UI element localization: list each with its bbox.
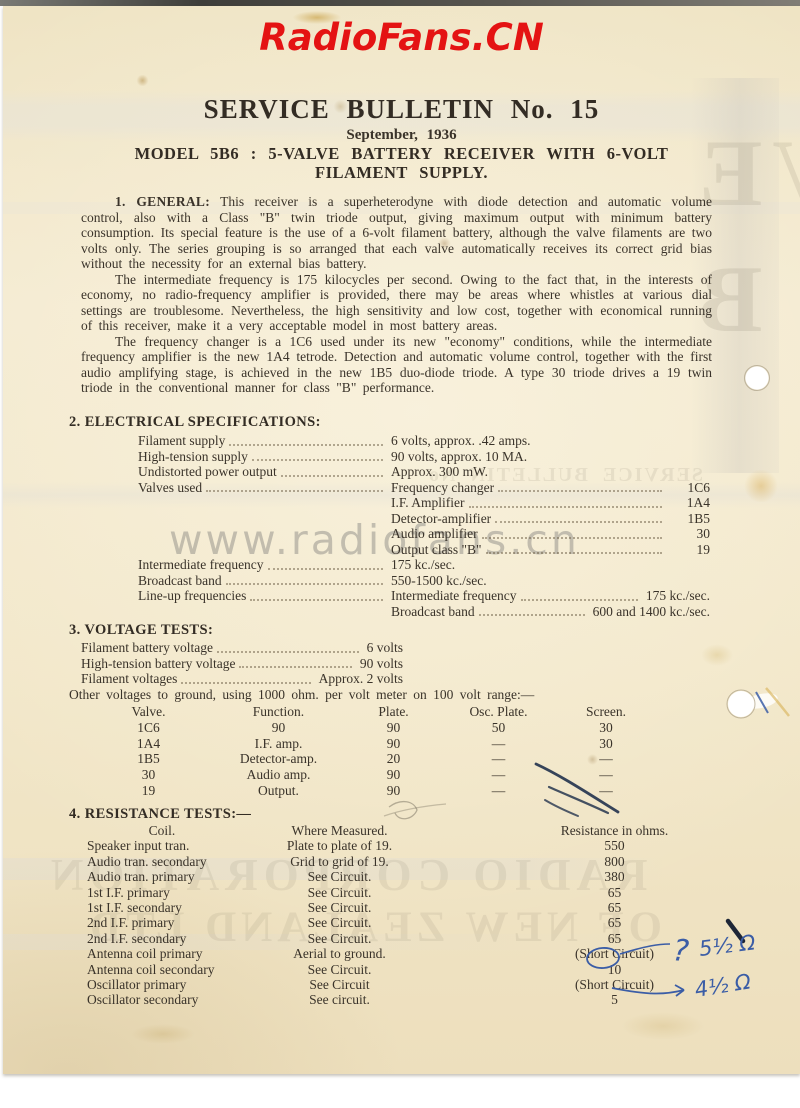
spec-label-text: Intermediate frequency: [138, 557, 264, 573]
scanned-page: VE B SERVICE BULLETIN No RADIO CORPORATI…: [0, 0, 800, 1108]
resistance-cell: Plate to plate of 19.: [237, 838, 442, 853]
voltage-cell: 50: [446, 720, 551, 736]
voltage-line: Filament voltagesApprox. 2 volts: [81, 671, 403, 687]
resistance-cell: 550: [442, 838, 787, 853]
voltage-lines: Filament battery voltage6 voltsHigh-tens…: [81, 640, 403, 687]
valve-code: 30: [670, 526, 710, 542]
resistance-cell: 65: [442, 915, 787, 930]
voltage-cell-header: Function.: [216, 704, 341, 720]
spec-value-text: 175 kc./sec.: [391, 557, 455, 573]
resistance-cell-header: Coil.: [87, 823, 237, 838]
spec-row: Output class "B"19: [138, 542, 710, 558]
voltage-cell: 90: [341, 736, 446, 752]
spec-label: Broadcast band: [138, 573, 391, 589]
resistance-cell: 800: [442, 854, 787, 869]
spec-row: Line-up frequenciesIntermediate frequenc…: [138, 588, 710, 604]
voltage-cell: Detector-amp.: [216, 751, 341, 767]
spec-row: Undistorted power outputApprox. 300 mW.: [138, 464, 710, 480]
spec-label: [138, 526, 391, 542]
dotted-leader: [217, 640, 359, 653]
voltage-line-value: Approx. 2 volts: [319, 671, 403, 687]
voltage-cell: 90: [341, 767, 446, 783]
resistance-cell: 5: [442, 992, 787, 1007]
paper-stain: [136, 75, 149, 86]
lineup-name: Broadcast band: [391, 604, 475, 620]
spec-value: Audio amplifier30: [391, 526, 710, 542]
voltage-cell: —: [446, 767, 551, 783]
resistance-cell: See circuit.: [237, 992, 442, 1007]
spec-value-text: 550-1500 kc./sec.: [391, 573, 487, 589]
dotted-leader: [482, 526, 662, 539]
spec-row: Filament supply6 volts, approx. .42 amps…: [138, 433, 710, 449]
spec-label-text: High-tension supply: [138, 449, 248, 465]
voltage-cell: Output.: [216, 783, 341, 799]
voltage-cell: I.F. amp.: [216, 736, 341, 752]
voltage-line-label: Filament battery voltage: [81, 640, 367, 656]
spec-value: 175 kc./sec.: [391, 557, 710, 573]
spec-value: 550-1500 kc./sec.: [391, 573, 710, 589]
voltage-line-label: High-tension battery voltage: [81, 656, 360, 672]
spec-value: Broadcast band600 and 1400 kc./sec.: [391, 604, 710, 620]
spec-label: Filament supply: [138, 433, 391, 449]
dotted-leader: [486, 542, 662, 555]
dotted-leader: [252, 449, 383, 462]
resistance-cell: See Circuit.: [237, 962, 442, 977]
resistance-cell: Antenna coil secondary: [87, 962, 237, 977]
spec-row: High-tension supply90 volts, approx. 10 …: [138, 449, 710, 465]
voltage-line-text: Filament battery voltage: [81, 640, 213, 656]
dotted-leader: [268, 557, 383, 570]
paper-stain: [701, 644, 733, 666]
dotted-leader: [498, 480, 662, 493]
resistance-cell-header: Resistance in ohms.: [442, 823, 787, 838]
voltage-cell: 20: [341, 751, 446, 767]
spec-label: Valves used: [138, 480, 391, 496]
resistance-cell: 2nd I.F. primary: [87, 915, 237, 930]
electrical-heading: 2. ELECTRICAL SPECIFICATIONS:: [69, 414, 321, 431]
voltage-cell: 1A4: [81, 736, 216, 752]
spec-value: 6 volts, approx. .42 amps.: [391, 433, 710, 449]
resistance-cell: (Short Circuit): [442, 946, 787, 961]
model-line-1: MODEL 5B6 : 5-VALVE BATTERY RECEIVER WIT…: [3, 144, 800, 164]
spec-row: Intermediate frequency175 kc./sec.: [138, 557, 710, 573]
model-line-2: FILAMENT SUPPLY.: [3, 163, 800, 183]
dotted-leader: [250, 588, 383, 601]
voltage-cell: 90: [216, 720, 341, 736]
voltage-table: Valve.Function.Plate.Osc. Plate.Screen.1…: [81, 704, 661, 799]
spec-label: Intermediate frequency: [138, 557, 391, 573]
spec-row: Broadcast band600 and 1400 kc./sec.: [138, 604, 710, 620]
spec-label-text: Undistorted power output: [138, 464, 277, 480]
voltage-line-text: High-tension battery voltage: [81, 656, 235, 672]
paper-stain: [621, 1012, 705, 1040]
voltage-cell: —: [551, 767, 661, 783]
voltage-line-value: 6 volts: [367, 640, 403, 656]
voltage-cell-header: Valve.: [81, 704, 216, 720]
lineup-value: 175 kc./sec.: [646, 588, 710, 604]
voltage-line-text: Filament voltages: [81, 671, 177, 687]
general-paragraph-2: The intermediate frequency is 175 kilocy…: [81, 272, 712, 334]
resistance-cell: 1st I.F. secondary: [87, 900, 237, 915]
resistance-cell: See Circuit: [237, 977, 442, 992]
spec-row: Detector-amplifier1B5: [138, 511, 710, 527]
spec-value: Intermediate frequency175 kc./sec.: [391, 588, 710, 604]
voltage-heading: 3. VOLTAGE TESTS:: [69, 622, 213, 639]
voltage-line: High-tension battery voltage90 volts: [81, 656, 403, 672]
voltage-cell: 30: [551, 736, 661, 752]
voltage-cell: 30: [81, 767, 216, 783]
resistance-table: Coil.Where Measured.Resistance in ohms.S…: [87, 823, 787, 1008]
spec-value-text: 90 volts, approx. 10 MA.: [391, 449, 527, 465]
spec-label: [138, 542, 391, 558]
general-section: 1. GENERAL: This receiver is a superhete…: [81, 194, 712, 416]
spec-label-text: Filament supply: [138, 433, 225, 449]
valve-name: Frequency changer: [391, 480, 494, 496]
resistance-cell: See Circuit.: [237, 885, 442, 900]
resistance-cell: See Circuit.: [237, 915, 442, 930]
resistance-cell: Audio tran. primary: [87, 869, 237, 884]
spec-value: Frequency changer1C6: [391, 480, 710, 496]
resistance-cell: 1st I.F. primary: [87, 885, 237, 900]
voltage-cell: —: [551, 751, 661, 767]
spec-label: [138, 604, 391, 620]
spec-row: Valves usedFrequency changer1C6: [138, 480, 710, 496]
valve-name: I.F. Amplifier: [391, 495, 465, 511]
spec-row: I.F. Amplifier1A4: [138, 495, 710, 511]
dotted-leader: [181, 671, 310, 684]
voltage-line-label: Filament voltages: [81, 671, 319, 687]
voltage-cell: —: [446, 751, 551, 767]
dotted-leader: [479, 604, 585, 617]
resistance-cell: 65: [442, 931, 787, 946]
resistance-cell: Aerial to ground.: [237, 946, 442, 961]
site-logo: RadioFans.CN: [3, 16, 800, 59]
dotted-leader: [239, 656, 351, 669]
spec-value: Output class "B"19: [391, 542, 710, 558]
paper: VE B SERVICE BULLETIN No RADIO CORPORATI…: [3, 6, 800, 1074]
resistance-heading: 4. RESISTANCE TESTS:—: [69, 806, 251, 823]
resistance-cell: 380: [442, 869, 787, 884]
voltage-cell-header: Plate.: [341, 704, 446, 720]
paper-stain: [131, 1024, 195, 1044]
bulletin-date: September, 1936: [3, 127, 800, 144]
spec-label-text: Valves used: [138, 480, 202, 496]
dotted-leader: [521, 588, 638, 601]
resistance-cell: Antenna coil primary: [87, 946, 237, 961]
voltage-cell: —: [551, 783, 661, 799]
spec-value-text: Approx. 300 mW.: [391, 464, 488, 480]
voltage-cell: 19: [81, 783, 216, 799]
voltage-cell: 90: [341, 783, 446, 799]
lineup-value: 600 and 1400 kc./sec.: [593, 604, 710, 620]
voltage-cell: —: [446, 736, 551, 752]
resistance-cell: 10: [442, 962, 787, 977]
voltage-cell: 30: [551, 720, 661, 736]
valve-name: Audio amplifier: [391, 526, 478, 542]
spec-value-text: 6 volts, approx. .42 amps.: [391, 433, 531, 449]
dotted-leader: [206, 480, 383, 493]
general-paragraph-1: 1. GENERAL: This receiver is a superhete…: [81, 194, 712, 272]
valve-name: Detector-amplifier: [391, 511, 491, 527]
spec-rows: Filament supply6 volts, approx. .42 amps…: [138, 433, 710, 619]
lineup-name: Intermediate frequency: [391, 588, 517, 604]
voltage-cell: 1B5: [81, 751, 216, 767]
dotted-leader: [226, 573, 383, 586]
general-heading: 1. GENERAL:: [115, 194, 210, 209]
voltage-cell: Audio amp.: [216, 767, 341, 783]
bulletin-title: SERVICE BULLETIN No. 15: [3, 94, 800, 125]
spec-value: I.F. Amplifier1A4: [391, 495, 710, 511]
voltage-cell: 1C6: [81, 720, 216, 736]
spec-label: [138, 495, 391, 511]
voltage-cell-header: Osc. Plate.: [446, 704, 551, 720]
dotted-leader: [281, 464, 383, 477]
voltage-cell: —: [446, 783, 551, 799]
spec-row: Audio amplifier30: [138, 526, 710, 542]
resistance-cell: Oscillator primary: [87, 977, 237, 992]
valve-code: 1B5: [670, 511, 710, 527]
spec-label-text: Broadcast band: [138, 573, 222, 589]
resistance-cell: Speaker input tran.: [87, 838, 237, 853]
paper-stain: [743, 470, 779, 502]
resistance-cell: See Circuit.: [237, 900, 442, 915]
valve-code: 19: [670, 542, 710, 558]
spec-label: Line-up frequencies: [138, 588, 391, 604]
resistance-cell: Grid to grid of 19.: [237, 854, 442, 869]
valve-name: Output class "B": [391, 542, 482, 558]
resistance-cell-header: Where Measured.: [237, 823, 442, 838]
spec-label: High-tension supply: [138, 449, 391, 465]
resistance-cell: See Circuit.: [237, 931, 442, 946]
spec-value: Approx. 300 mW.: [391, 464, 710, 480]
voltage-line-value: 90 volts: [360, 656, 403, 672]
resistance-cell: Audio tran. secondary: [87, 854, 237, 869]
valve-code: 1A4: [670, 495, 710, 511]
voltage-cell-header: Screen.: [551, 704, 661, 720]
voltage-line: Filament battery voltage6 volts: [81, 640, 403, 656]
resistance-cell: 65: [442, 885, 787, 900]
spec-value: 90 volts, approx. 10 MA.: [391, 449, 710, 465]
valve-code: 1C6: [670, 480, 710, 496]
spec-row: Broadcast band550-1500 kc./sec.: [138, 573, 710, 589]
dotted-leader: [495, 511, 662, 524]
resistance-cell: 2nd I.F. secondary: [87, 931, 237, 946]
dotted-leader: [229, 433, 383, 446]
dotted-leader: [469, 495, 662, 508]
resistance-cell: See Circuit.: [237, 869, 442, 884]
spec-label: Undistorted power output: [138, 464, 391, 480]
resistance-cell: (Short Circuit): [442, 977, 787, 992]
resistance-cell: Oscillator secondary: [87, 992, 237, 1007]
resistance-cell: 65: [442, 900, 787, 915]
voltage-note: Other voltages to ground, using 1000 ohm…: [69, 687, 534, 703]
spec-label: [138, 511, 391, 527]
general-paragraph-3: The frequency changer is a 1C6 used unde…: [81, 334, 712, 396]
spec-label-text: Line-up frequencies: [138, 588, 246, 604]
voltage-cell: 90: [341, 720, 446, 736]
spec-value: Detector-amplifier1B5: [391, 511, 710, 527]
